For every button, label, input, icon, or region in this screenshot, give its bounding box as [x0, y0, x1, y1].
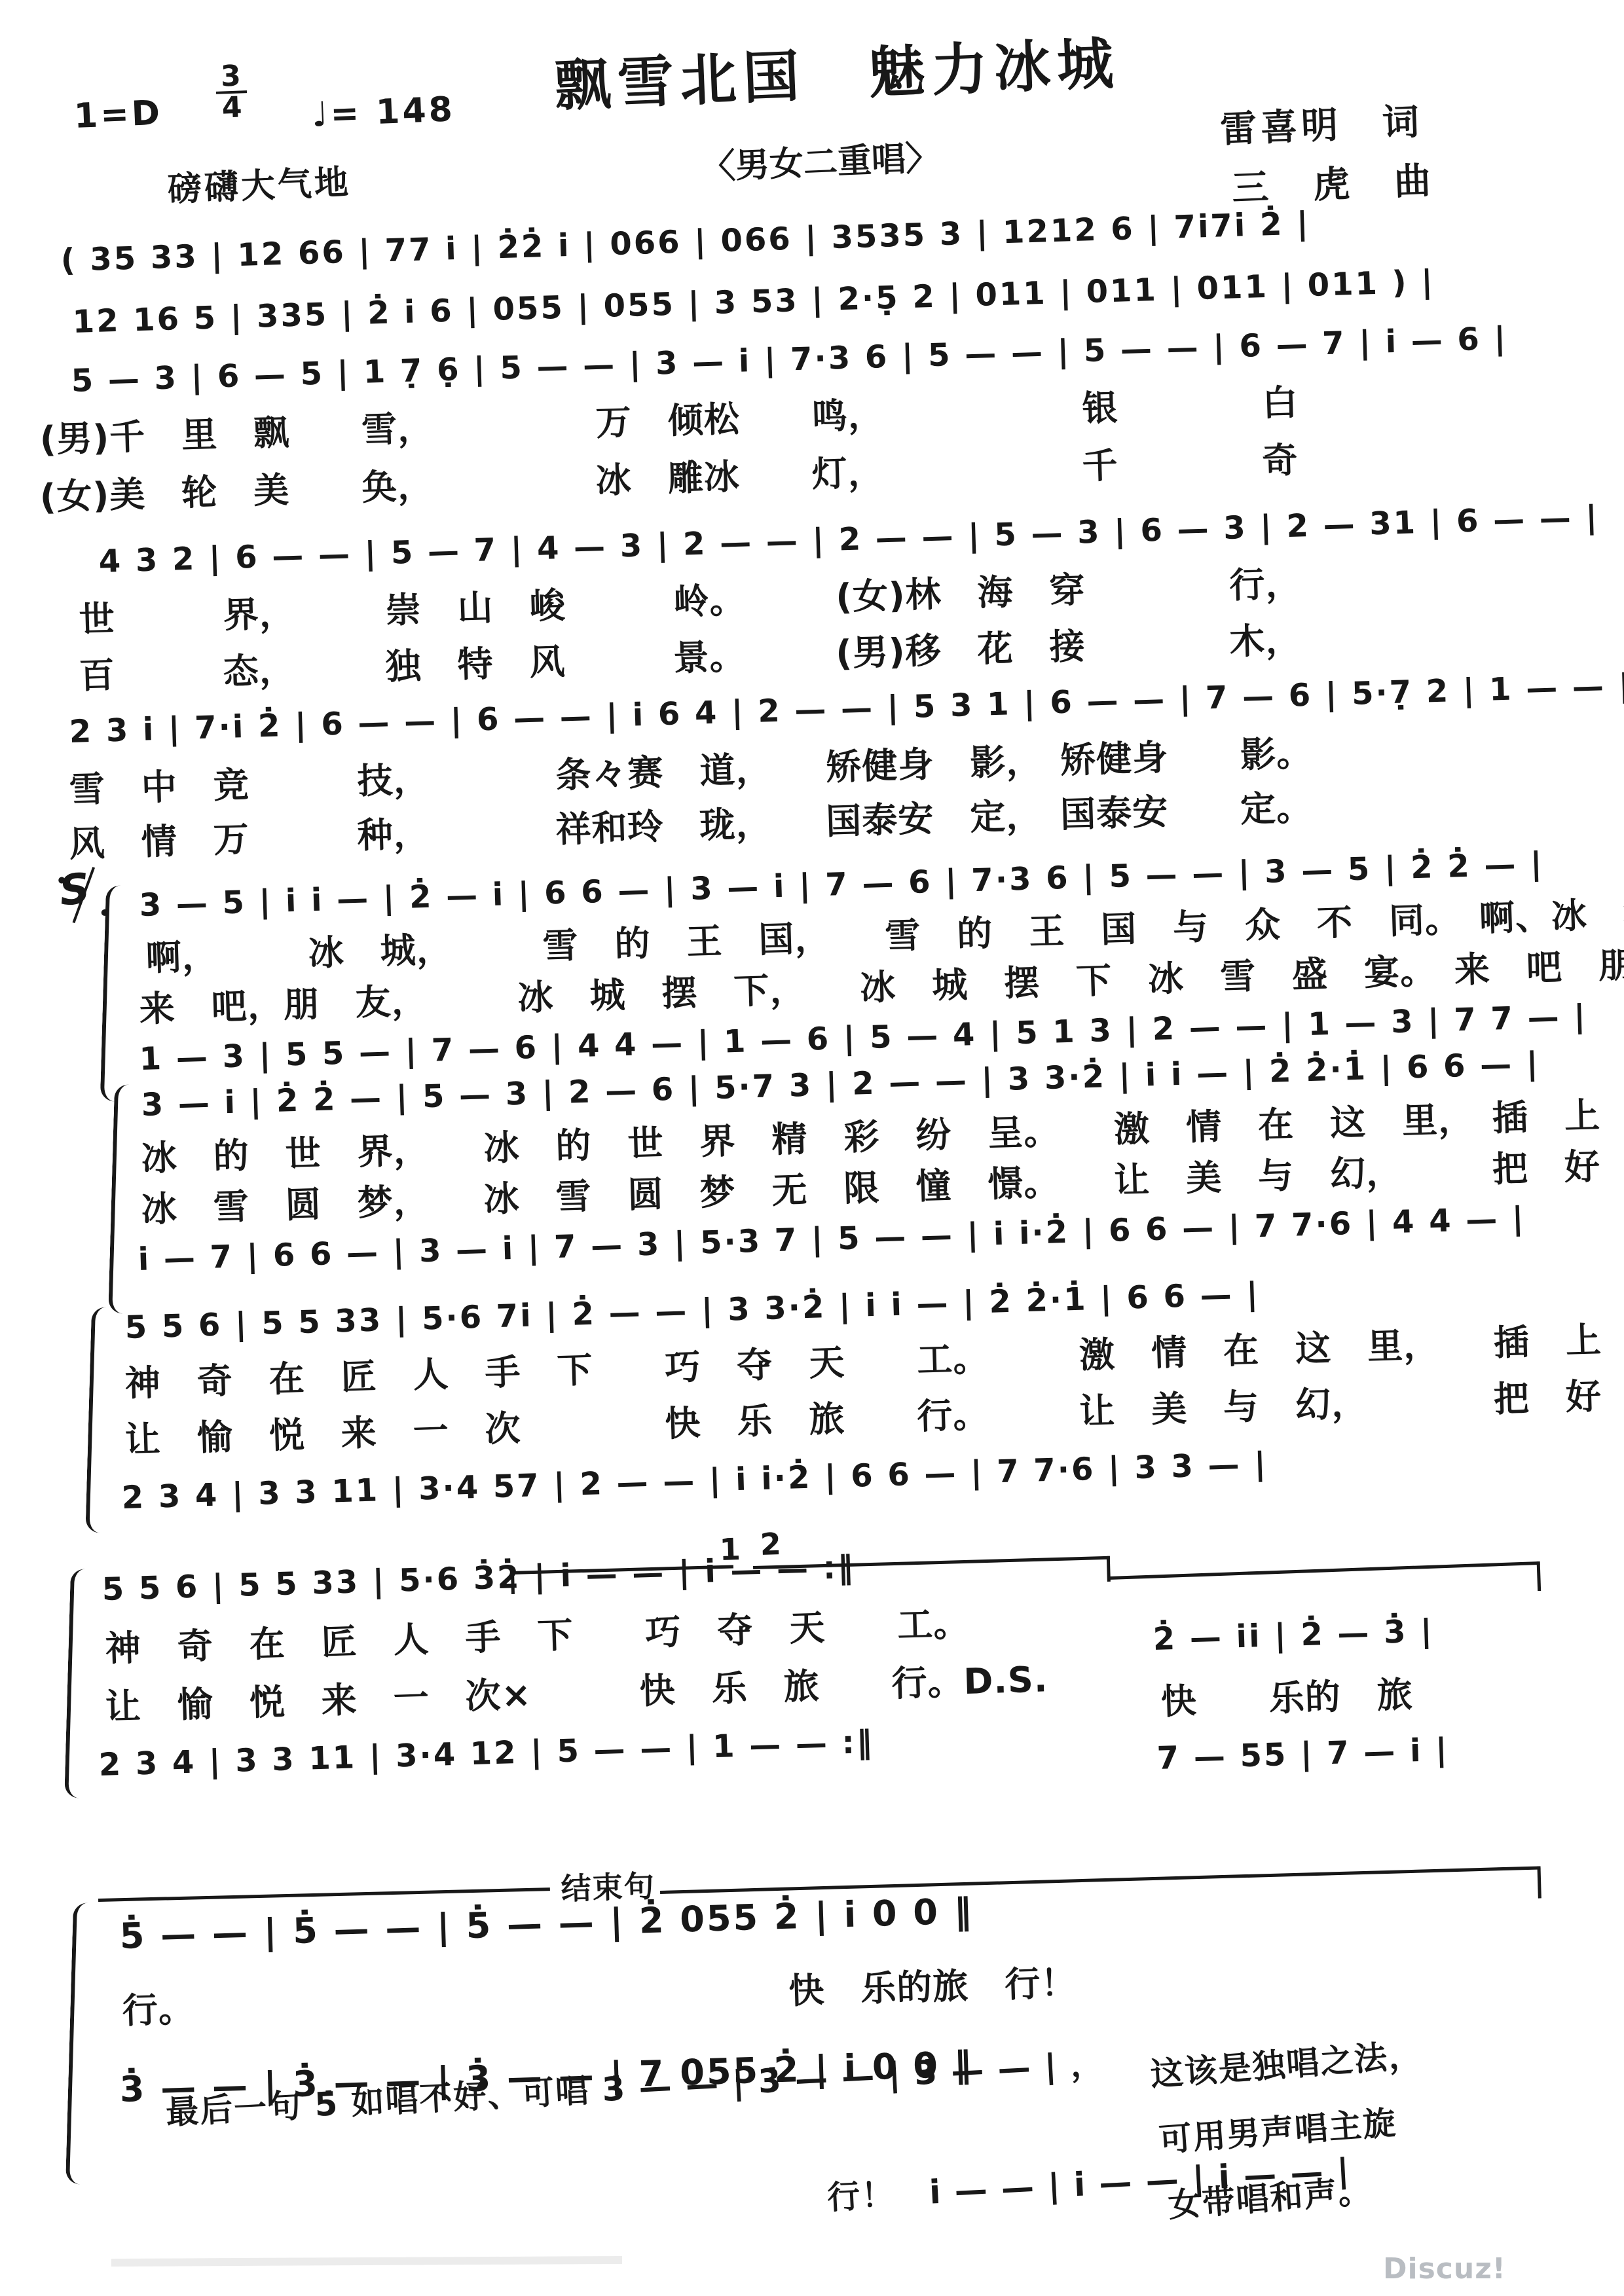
system4-brace [64, 1569, 88, 1798]
mini-system-voice1-notation: 2̇ — ii | 2̇ — 3̇ | [1153, 1614, 1435, 1657]
mini-system-lyric: 快 乐的 旅 [1160, 1675, 1414, 1722]
system4-lyric-2: 让 愉 悦 来 一 次× 快 乐 旅 行。D.S. [105, 1660, 1048, 1726]
tempo-marking: ♩= 148 [311, 91, 456, 134]
key-signature: 1=D [73, 95, 163, 136]
expression-marking: 磅礴大气地 [167, 164, 352, 209]
system3-voice2-notation: 2 3 4 | 3 3 11 | 3·4 57 | 2 — — | i i·2̇… [121, 1447, 1268, 1516]
score-sheet: 1=D 3 4 ♩= 148 磅礴大气地 飘雪北国 魅力冰城 〈男女二重唱〉 雷… [0, 0, 1624, 2296]
final-phrase-line-left [98, 1887, 550, 1902]
score-subtitle: 〈男女二重唱〉 [701, 139, 940, 187]
final-system-brace [65, 1903, 90, 2185]
score-title: 飘雪北国 魅力冰城 [553, 33, 1121, 117]
discuz-watermark: Discuz! [1383, 2252, 1506, 2286]
footnote-right-line-2: 可用男声唱主旋 [1158, 2105, 1398, 2159]
system3-brace [85, 1307, 109, 1533]
second-ending-line [1108, 1561, 1541, 1606]
scan-shadow-band [111, 2256, 622, 2267]
time-signature-denominator: 4 [216, 90, 248, 123]
lyricist-credit: 雷喜明 词 [1219, 102, 1424, 151]
segno-icon: S [58, 866, 112, 926]
final-lyric: 行。 快 乐的旅 行！ [122, 1963, 1077, 2031]
system4-voice2-notation: 2 3 4 | 3 3 11 | 3·4 12 | 5 — — | 1 — — … [98, 1725, 875, 1783]
mini-system-voice2-notation: 7 — 55 | 7 — i | [1156, 1733, 1449, 1776]
footnote-right-line-1: 这该是独唱之法， [1149, 2037, 1424, 2093]
intro-notation-line-1: ( 35 33 | 12 66 | 77 i | 2̇2̇ i | 066 | … [60, 206, 1310, 278]
composer-credit: 三 虎 曲 [1231, 161, 1435, 210]
time-signature-numerator: 3 [215, 62, 246, 92]
system4-voice1-notation: 5 5 6 | 5 5 33 | 5·6 3̇2̇ | i — — | i — … [101, 1550, 856, 1607]
system2-brace [108, 1084, 132, 1314]
system4-lyric-1: 神 奇 在 匠 人 手 下 巧 夺 天 工。 [105, 1604, 970, 1669]
verse2-notation: 4 3 2 | 6 — — | 5 — 7 | 4 — 3 | 2 — — | … [98, 500, 1600, 579]
final-voice1-notation: 5̇ — — | 5̇ — — | 5̇ — — | 2̇ 055 2̇ | i… [119, 1891, 974, 1956]
time-signature: 3 4 [215, 62, 248, 123]
